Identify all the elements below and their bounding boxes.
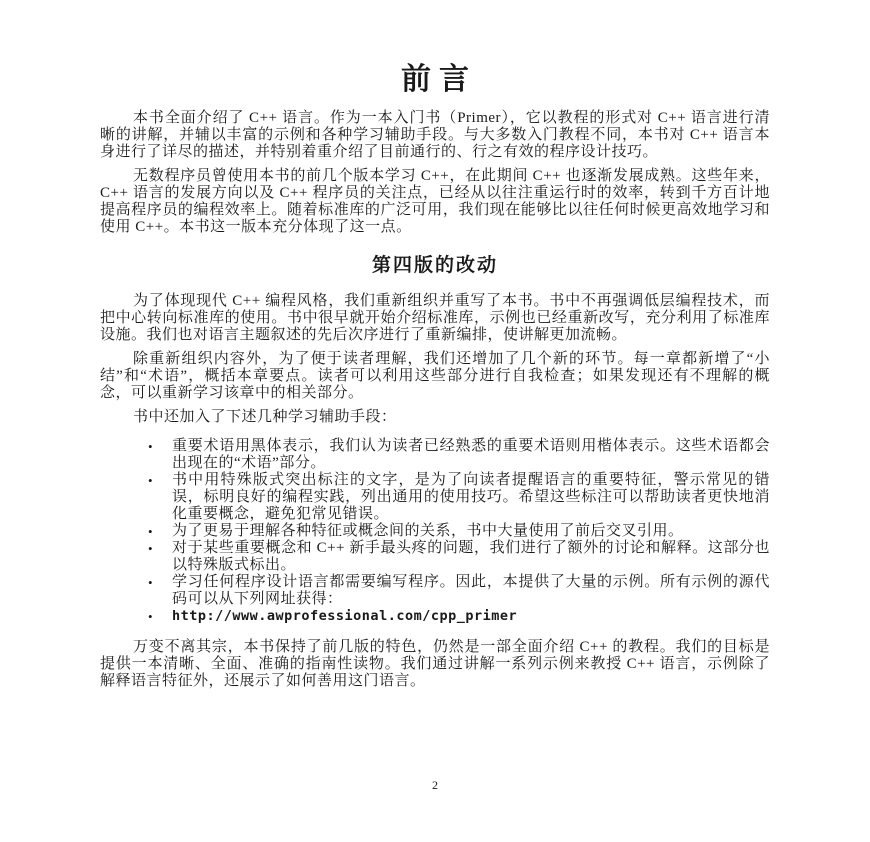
list-item-text: 重要术语用黑体表示，我们认为读者已经熟悉的重要术语则用楷体表示。这些术语都会出现… [172, 438, 770, 471]
paragraph-changes-1: 为了体现现代 C++ 编程风格，我们重新组织并重写了本书。书中不再强调低层编程技… [100, 293, 770, 344]
list-item: • 对于某些重要概念和 C++ 新手最头疼的问题，我们进行了额外的讨论和解释。这… [100, 540, 770, 574]
section-heading-fourth-edition-changes: 第四版的改动 [100, 254, 770, 278]
learning-aids-list: • 重要术语用黑体表示，我们认为读者已经熟悉的重要术语则用楷体表示。这些术语都会… [100, 438, 770, 625]
page-title: 前言 [100, 62, 770, 98]
bullet-icon: • [148, 608, 153, 625]
page-content: 前言 本书全面介绍了 C++ 语言。作为一本入门书（Primer），它以教程的形… [100, 0, 770, 697]
paragraph-list-lead: 书中还加入了下述几种学习辅助手段： [100, 409, 770, 426]
list-item: • 书中用特殊版式突出标注的文字，是为了向读者提醒语言的重要特征，警示常见的错误… [100, 472, 770, 523]
list-item-text: 对于某些重要概念和 C++ 新手最头疼的问题，我们进行了额外的讨论和解释。这部分… [172, 540, 770, 573]
source-code-url: http://www.awprofessional.com/cpp_primer [172, 608, 517, 624]
document-page: 前言 本书全面介绍了 C++ 语言。作为一本入门书（Primer），它以教程的形… [0, 0, 870, 842]
list-item: • 为了更易于理解各种特征或概念间的关系，书中大量使用了前后交叉引用。 [100, 523, 770, 540]
paragraph-closing: 万变不离其宗，本书保持了前几版的特色，仍然是一部全面介绍 C++ 的教程。我们的… [100, 639, 770, 690]
paragraph-intro-1: 本书全面介绍了 C++ 语言。作为一本入门书（Primer），它以教程的形式对 … [100, 110, 770, 161]
bullet-icon: • [148, 438, 153, 455]
list-item-text: 学习任何程序设计语言都需要编写程序。因此，本提供了大量的示例。所有示例的源代码可… [172, 574, 770, 607]
bullet-icon: • [148, 523, 153, 540]
list-item-text: 为了更易于理解各种特征或概念间的关系，书中大量使用了前后交叉引用。 [172, 523, 684, 539]
page-number: 2 [0, 778, 870, 792]
bullet-icon: • [148, 574, 153, 591]
list-item: • 重要术语用黑体表示，我们认为读者已经熟悉的重要术语则用楷体表示。这些术语都会… [100, 438, 770, 472]
bullet-icon: • [148, 472, 153, 489]
list-item: • 学习任何程序设计语言都需要编写程序。因此，本提供了大量的示例。所有示例的源代… [100, 574, 770, 608]
list-item-text: 书中用特殊版式突出标注的文字，是为了向读者提醒语言的重要特征，警示常见的错误，标… [172, 472, 770, 522]
bullet-icon: • [148, 540, 153, 557]
list-item-url: • http://www.awprofessional.com/cpp_prim… [100, 608, 770, 625]
paragraph-intro-2: 无数程序员曾使用本书的前几个版本学习 C++，在此期间 C++ 也逐渐发展成熟。… [100, 168, 770, 236]
paragraph-changes-2: 除重新组织内容外，为了便于读者理解，我们还增加了几个新的环节。每一章都新增了“小… [100, 351, 770, 402]
